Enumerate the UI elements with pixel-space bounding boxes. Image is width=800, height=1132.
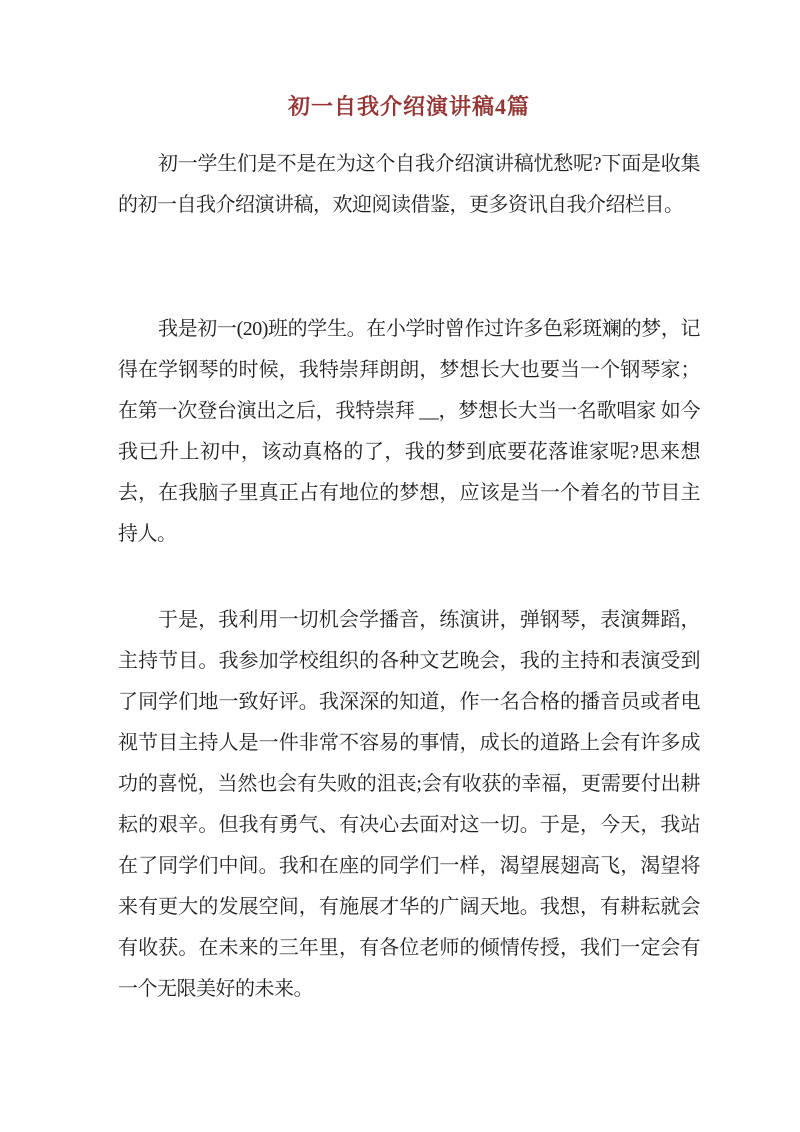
paragraph-intro: 初一学生们是不是在为这个自我介绍演讲稿忧愁呢?下面是收集的初一自我介绍演讲稿，欢… — [118, 144, 700, 226]
document-page: 初一自我介绍演讲稿4篇 初一学生们是不是在为这个自我介绍演讲稿忧愁呢?下面是收集… — [0, 0, 800, 1132]
paragraph-body-2: 于是，我利用一切机会学播音，练演讲，弹钢琴，表演舞蹈，主持节目。我参加学校组织的… — [118, 600, 700, 1010]
page-title: 初一自我介绍演讲稿4篇 — [118, 92, 700, 122]
paragraph-body-1: 我是初一(20)班的学生。在小学时曾作过许多色彩斑斓的梦，记得在学钢琴的时候，我… — [118, 309, 700, 555]
